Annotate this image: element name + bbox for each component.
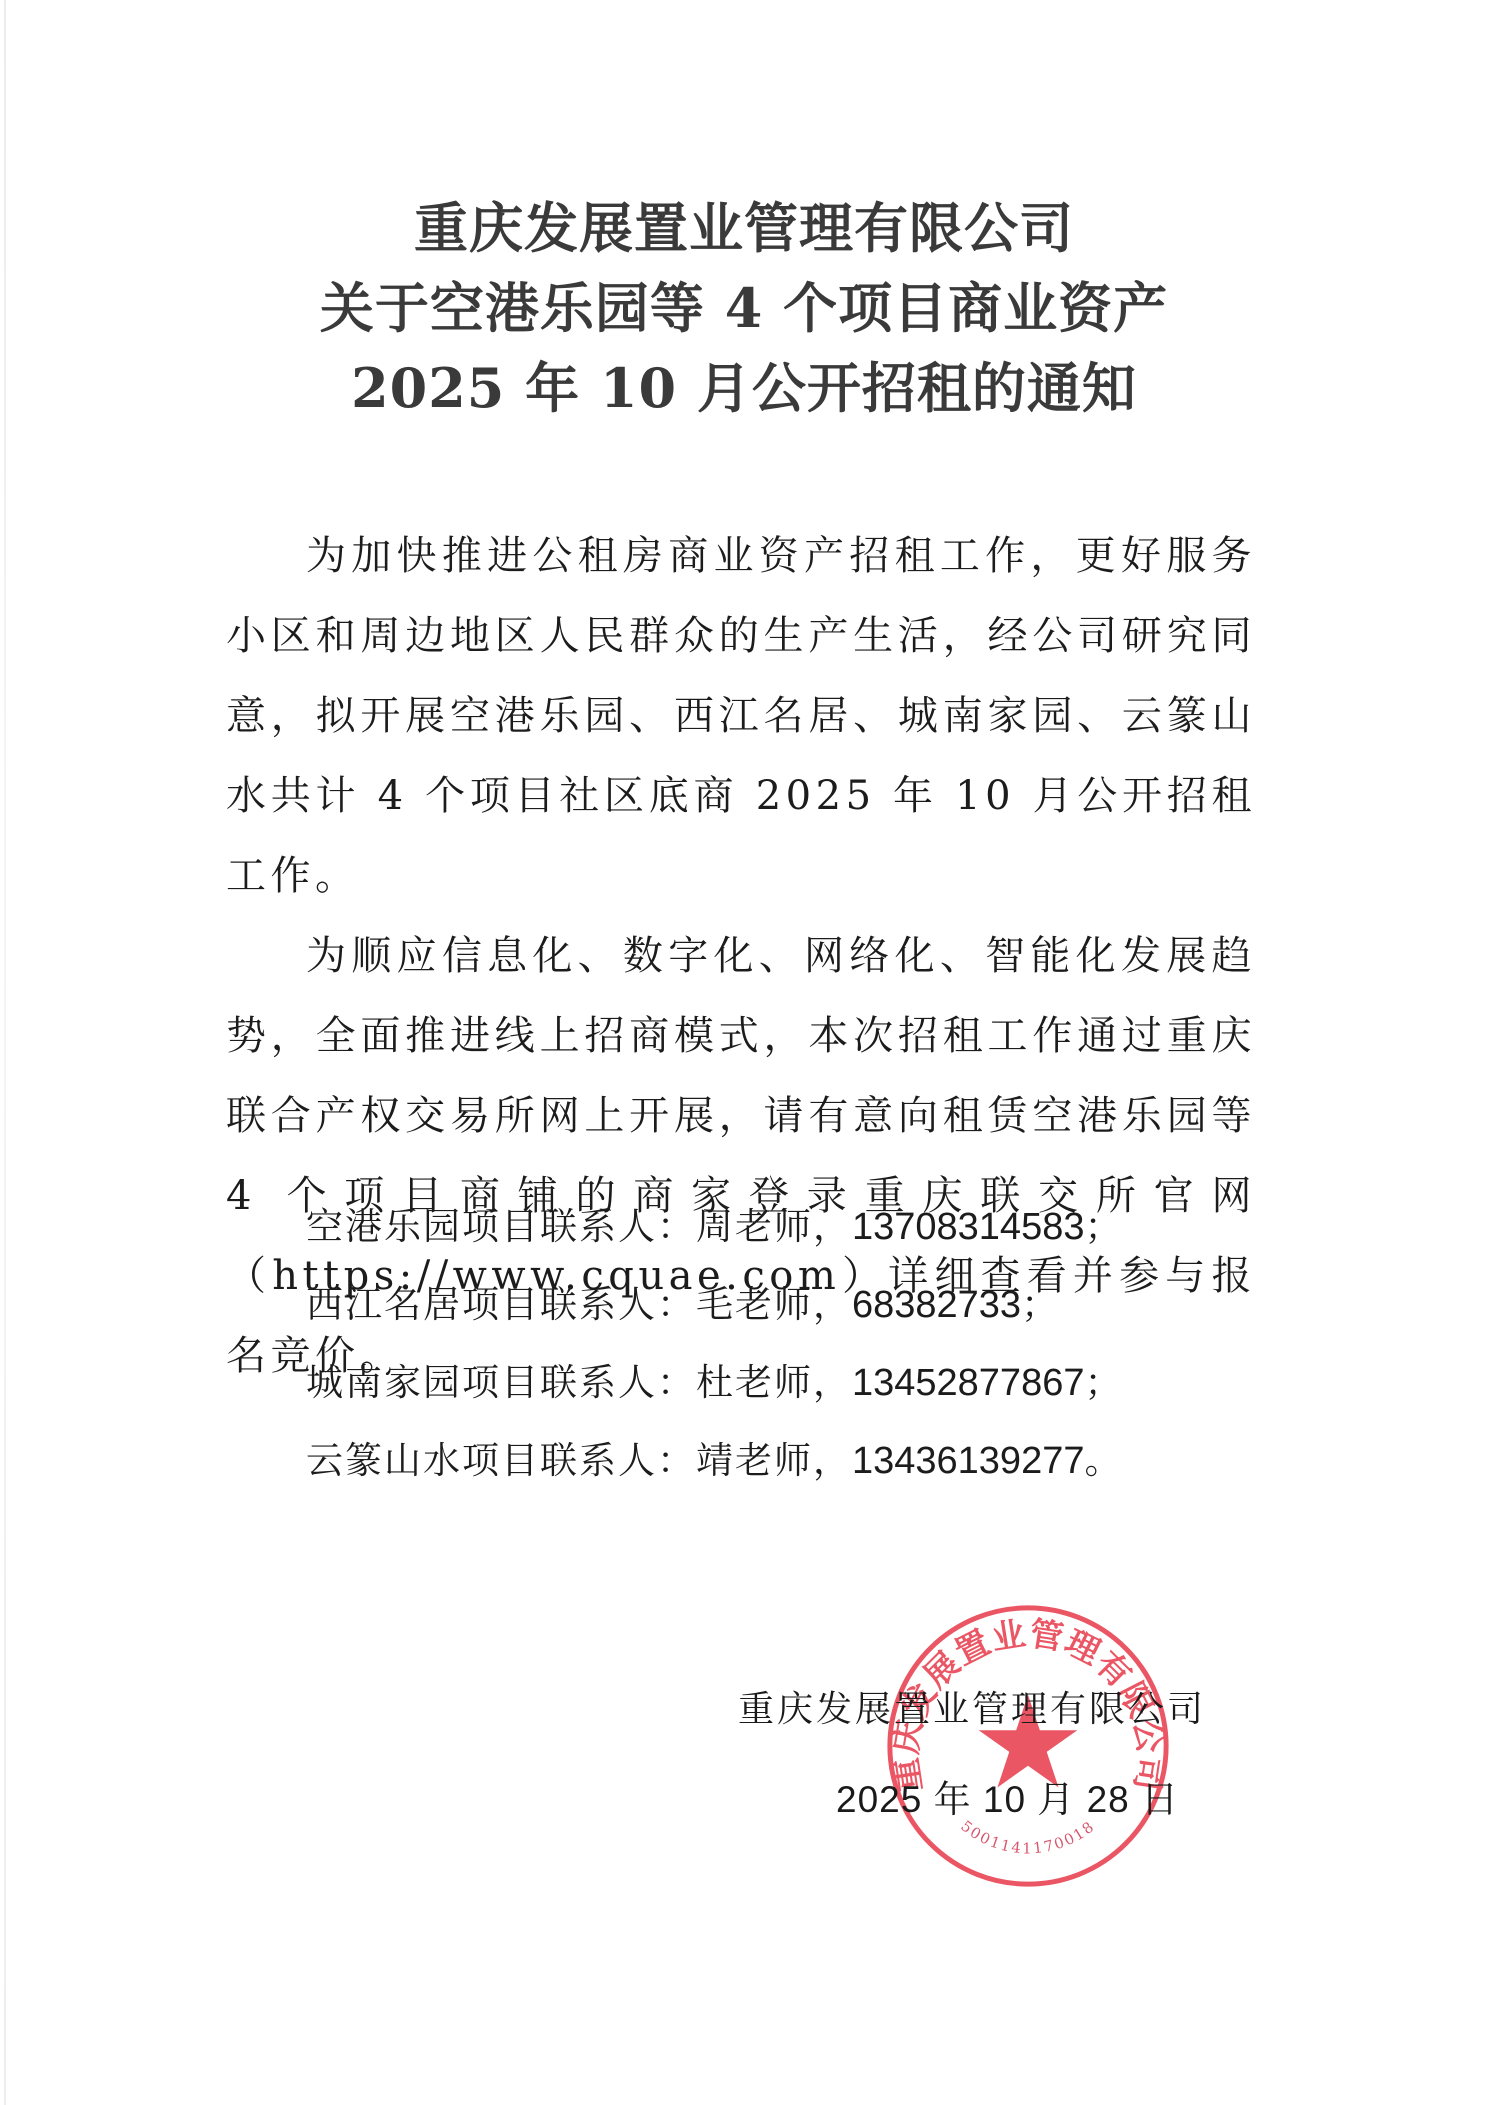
contact-phone: 13436139277 [852,1440,1084,1482]
contact-list: 空港乐园项目联系人：周老师，13708314583； 西江名居项目联系人：毛老师… [306,1188,1266,1500]
paragraph-purpose: 为加快推进公租房商业资产招租工作，更好服务小区和周边地区人民群众的生产生活，经公… [226,516,1256,916]
contact-label: 空港乐园项目联系人： [306,1205,696,1248]
contact-item: 城南家园项目联系人：杜老师，13452877867； [306,1344,1266,1422]
contact-item: 云篆山水项目联系人：靖老师，13436139277。 [306,1422,1266,1500]
document-title: 重庆发展置业管理有限公司 关于空港乐园等 4 个项目商业资产 2025 年 10… [0,188,1488,428]
contact-label: 城南家园项目联系人： [306,1361,696,1404]
contact-phone: 13708314583 [852,1206,1084,1248]
contact-phone: 68382733 [852,1284,1021,1326]
signature-date: 2025 年 10 月 28 日 [836,1770,1258,1830]
title-line-period: 2025 年 10 月公开招租的通知 [0,348,1488,428]
title-line-company: 重庆发展置业管理有限公司 [0,188,1488,268]
contact-person: 周老师， [696,1205,852,1248]
contact-person: 靖老师， [696,1439,852,1482]
contact-person: 杜老师， [696,1361,852,1404]
contact-end: 。 [1084,1439,1123,1482]
contact-end: ； [1021,1283,1060,1326]
signature-block: 重庆发展置业管理有限公司 2025 年 10 月 28 日 [738,1680,1258,1830]
contact-end: ； [1084,1361,1123,1404]
contact-person: 毛老师， [696,1283,852,1326]
contact-phone: 13452877867 [852,1362,1084,1404]
contact-end: ； [1084,1205,1123,1248]
document-page: 重庆发展置业管理有限公司 关于空港乐园等 4 个项目商业资产 2025 年 10… [0,0,1488,2105]
signature-company: 重庆发展置业管理有限公司 [738,1680,1258,1740]
contact-label: 西江名居项目联系人： [306,1283,696,1326]
contact-item: 空港乐园项目联系人：周老师，13708314583； [306,1188,1266,1266]
contact-item: 西江名居项目联系人：毛老师，68382733； [306,1266,1266,1344]
contact-label: 云篆山水项目联系人： [306,1439,696,1482]
title-line-subject: 关于空港乐园等 4 个项目商业资产 [0,268,1488,348]
